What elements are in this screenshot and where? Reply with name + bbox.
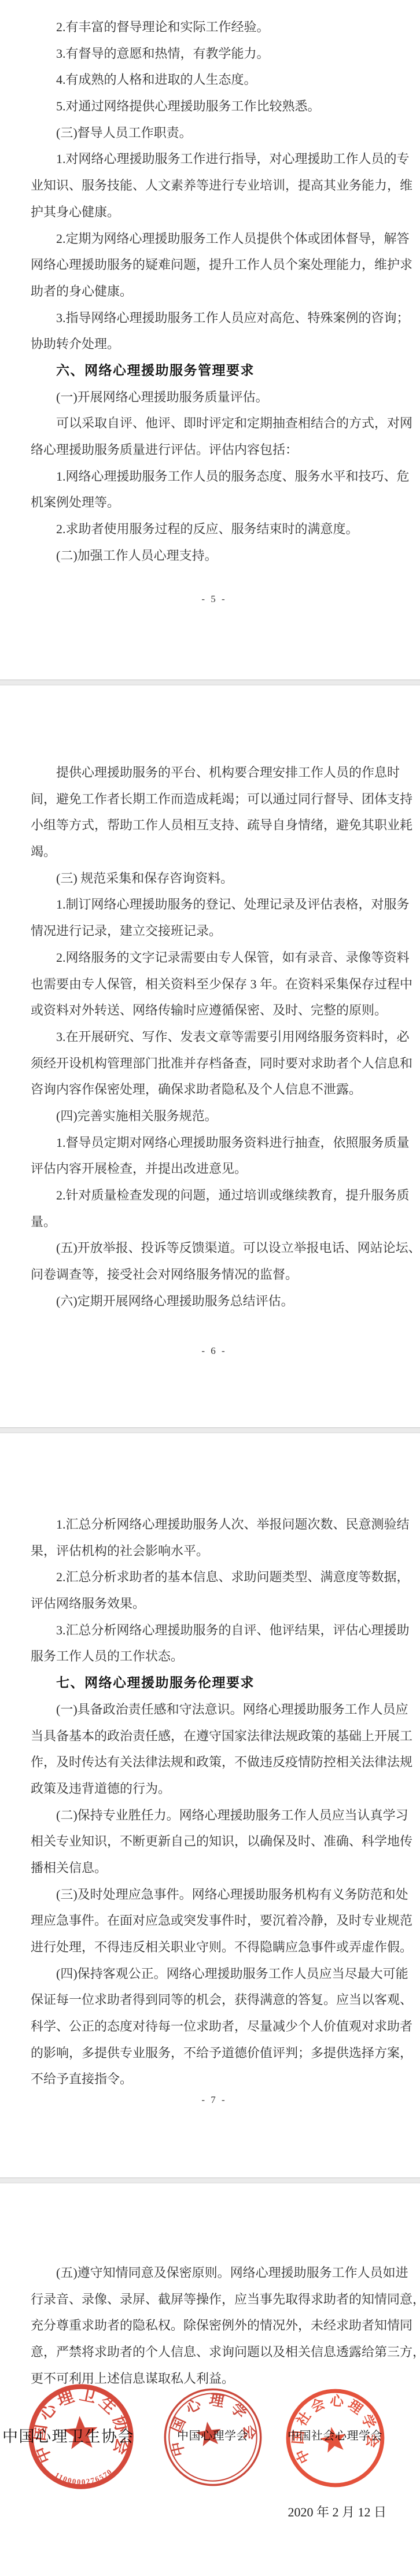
- text-line: 或资料对外转送、网络传输时应遵循保密、及时、完整的原则。: [0, 997, 420, 1024]
- text-line: (五)遵守知情同意及保密原则。网络心理援助服务工作人员如进: [0, 2260, 420, 2286]
- page-7-text-block: 1.汇总分析网络心理援助服务人次、举报问题次数、民意测验结果，评估机构的社会影响…: [0, 1511, 420, 2092]
- document-page-6: 提供心理援助服务的平台、机构要合理安排工作人员的作息时间，避免工作者长期工作而造…: [0, 685, 420, 1427]
- text-line: 5.对通过网络提供心理援助服务工作比较熟悉。: [0, 93, 420, 120]
- text-line: 2.针对质量检查发现的问题，通过培训或继续教育，提升服务质: [0, 1182, 420, 1209]
- text-line: (三)督导人员工作职责。: [0, 120, 420, 146]
- svg-text:中国社会心理学会: 中国社会心理学会: [283, 2385, 384, 2467]
- text-line: (三) 规范采集和保存咨询资料。: [0, 865, 420, 892]
- text-line: 2.求助者使用服务过程的反应、服务结束时的满意度。: [0, 516, 420, 542]
- text-line: 果，评估机构的社会影响水平。: [0, 1538, 420, 1564]
- text-line: 也需要由专人保管，相关资料至少保存 3 年。在资料采集保存过程中: [0, 971, 420, 998]
- text-line: 行录音、录像、录屏、截屏等操作，应当事先取得求助者的知情同意，: [0, 2286, 420, 2313]
- text-line: 可以采取自评、他评、即时评定和定期抽查相结合的方式，对网: [0, 410, 420, 437]
- star-icon: [195, 2420, 223, 2446]
- official-seal-icon: 中国社会心理学会: [277, 2379, 394, 2497]
- document-page-8: (五)遵守知情同意及保密原则。网络心理援助服务工作人员如进行录音、录像、录屏、截…: [0, 2183, 420, 2574]
- text-line: (六)定期开展网络心理援助服务总结评估。: [0, 1288, 420, 1315]
- text-line: 评估内容开展检查，并提出改进意见。: [0, 1156, 420, 1182]
- page-separator: [0, 1427, 420, 1433]
- text-line: 科学、公正的态度对待每一位求助者，尽量减少个人价值观对求助者: [0, 2013, 420, 2040]
- text-line: 3.在开展研究、写作、发表文章等需要引用网络服务资料时，必: [0, 1024, 420, 1050]
- text-line: 助者的身心健康。: [0, 278, 420, 305]
- seal-arc-text: 中国社会心理学会: [283, 2385, 384, 2467]
- text-line: 当具备基本的政治责任感，在遵守国家法律法规政策的基础上开展工: [0, 1723, 420, 1750]
- text-line: (五)开放举报、投诉等反馈渠道。可以设立举报电话、网站论坛、: [0, 1235, 420, 1261]
- text-line: 业知识、服务技能、人文素养等进行专业培训，提高其业务能力，维: [0, 172, 420, 199]
- page-separator: [0, 2178, 420, 2183]
- text-line: 协助转介处理。: [0, 331, 420, 357]
- text-line: 2.网络服务的文字记录需要由专人保管，如有录音、录像等资料: [0, 944, 420, 971]
- document-page-5: 2.有丰富的督导理论和实际工作经验。3.有督导的意愿和热情，有教学能力。4.有成…: [0, 0, 420, 680]
- text-line: 机案例处理等。: [0, 489, 420, 516]
- seal-arc-text: 中国心理学会: [162, 2386, 260, 2458]
- text-line: (一)具备政治责任感和守法意识。网络心理援助服务工作人员应: [0, 1696, 420, 1723]
- text-line: (四)完善实施相关服务规范。: [0, 1103, 420, 1130]
- scanned-document-scroll-view[interactable]: 2.有丰富的督导理论和实际工作经验。3.有督导的意愿和热情，有教学能力。4.有成…: [0, 0, 420, 2576]
- page-number: - 6 -: [0, 1345, 420, 1357]
- text-line: 1.督导员定期对网络心理援助服务资料进行抽查，依照服务质量: [0, 1130, 420, 1156]
- document-page-7: 1.汇总分析网络心理援助服务人次、举报问题次数、民意测验结果，评估机构的社会影响…: [0, 1433, 420, 2178]
- text-line: 小组等方式，帮助工作人员相互支持、疏导自身情绪，避免其职业耗: [0, 812, 420, 839]
- text-line: 1.对网络心理援助服务工作进行指导，对心理援助工作人员的专: [0, 146, 420, 172]
- text-line: 护其身心健康。: [0, 199, 420, 226]
- text-line: (二)保持专业胜任力。网络心理援助服务工作人员应当认真学习: [0, 1802, 420, 1829]
- section-heading: 六、网络心理援助服务管理要求: [0, 357, 420, 384]
- page-number: - 7 -: [0, 2094, 420, 2106]
- text-line: 播相关信息。: [0, 1855, 420, 1881]
- page-number: - 5 -: [0, 593, 420, 605]
- text-line: 进行处理，不得违反相关职业守则。不得隐瞒应急事件或弄虚作假。: [0, 1934, 420, 1961]
- text-line: 不给予直接指令。: [0, 2066, 420, 2092]
- text-line: 咨询内容作保密处理，确保求助者隐私及个人信息不泄露。: [0, 1076, 420, 1103]
- page-5-text-block: 2.有丰富的督导理论和实际工作经验。3.有督导的意愿和热情，有教学能力。4.有成…: [0, 14, 420, 569]
- official-seal-icon: 中国心理学会: [156, 2381, 270, 2494]
- text-line: 的影响，多提供专业服务，不给予道德价值评判；多提供选择方案，: [0, 2040, 420, 2066]
- text-line: 理应急事件。在面对应急或突发事件时，要沉着冷静，及时专业规范: [0, 1907, 420, 1934]
- text-line: 1.网络心理援助服务工作人员的服务态度、服务水平和技巧、危: [0, 463, 420, 490]
- document-date: 2020 年 2 月 12 日: [288, 2503, 386, 2520]
- text-line: 3.指导网络心理援助服务工作人员应对高危、特殊案例的咨询；: [0, 305, 420, 331]
- page-6-text-block: 提供心理援助服务的平台、机构要合理安排工作人员的作息时间，避免工作者长期工作而造…: [0, 759, 420, 1314]
- text-line: 2.定期为网络心理援助服务工作人员提供个体或团体督导，解答: [0, 226, 420, 252]
- page-8-text-block: (五)遵守知情同意及保密原则。网络心理援助服务工作人员如进行录音、录像、录屏、截…: [0, 2260, 420, 2392]
- text-line: (一)开展网络心理援助服务质量评估。: [0, 384, 420, 411]
- text-line: 量。: [0, 1209, 420, 1235]
- text-line: 服务工作人员的工作状态。: [0, 1643, 420, 1670]
- text-line: 络心理援助服务质量进行评估。评估内容包括：: [0, 437, 420, 463]
- text-line: 问卷调查等，接受社会对网络服务情况的监督。: [0, 1261, 420, 1288]
- star-icon: [318, 2424, 348, 2453]
- text-line: 间，避免工作者长期工作而造成耗竭；可以通过同行督导、团体支持: [0, 786, 420, 813]
- official-seal-icon: 中国心理卫生协会 1100000276570: [23, 2379, 139, 2495]
- svg-text:中国心理学会: 中国心理学会: [162, 2386, 260, 2458]
- text-line: 评估网络服务效果。: [0, 1590, 420, 1617]
- star-icon: [62, 2415, 99, 2449]
- text-line: 1.制订网络心理援助服务的登记、处理记录及评估表格，对服务: [0, 891, 420, 918]
- text-line: (二)加强工作人员心理支持。: [0, 542, 420, 569]
- page-separator: [0, 680, 420, 685]
- text-line: 4.有成熟的人格和进取的人生态度。: [0, 67, 420, 93]
- text-line: (四)保持客观公正。网络心理援助服务工作人员应当尽最大可能: [0, 1961, 420, 1987]
- section-heading: 七、网络心理援助服务伦理要求: [0, 1670, 420, 1696]
- text-line: 1.汇总分析网络心理援助服务人次、举报问题次数、民意测验结: [0, 1511, 420, 1538]
- text-line: 保证每一位求助者得到同等的机会，获得满意的答复。应当以客观、: [0, 1987, 420, 2013]
- text-line: 3.有督导的意愿和热情，有教学能力。: [0, 40, 420, 67]
- text-line: 竭。: [0, 839, 420, 865]
- text-line: 作，及时传达有关法律法规和政策，不做违反疫情防控相关法律法规: [0, 1749, 420, 1776]
- text-line: 意，严禁将求助者的个人信息、求询问题以及相关信息透露给第三方，: [0, 2339, 420, 2365]
- text-line: (三)及时处理应急事件。网络心理援助服务机构有义务防范和处: [0, 1881, 420, 1908]
- text-line: 充分尊重求助者的隐私权。除保密例外的情况外，未经求助者知情同: [0, 2312, 420, 2339]
- text-line: 2.有丰富的督导理论和实际工作经验。: [0, 14, 420, 40]
- text-line: 2.汇总分析求助者的基本信息、求助问题类型、满意度等数据，: [0, 1564, 420, 1590]
- text-line: 政策及违背道德的行为。: [0, 1776, 420, 1802]
- text-line: 网络心理援助服务的疑难问题，提升工作人员个案处理能力，维护求: [0, 252, 420, 278]
- text-line: 相关专业知识，不断更新自己的知识，以确保及时、准确、科学地传: [0, 1828, 420, 1855]
- text-line: 须经开设机构管理部门批准并存档备查，同时要对求助者个人信息和: [0, 1050, 420, 1077]
- text-line: 3.汇总分析网络心理援助服务的自评、他评结果，评估心理援助: [0, 1617, 420, 1644]
- text-line: 情况进行记录，建立交接班记录。: [0, 918, 420, 944]
- text-line: 提供心理援助服务的平台、机构要合理安排工作人员的作息时: [0, 759, 420, 786]
